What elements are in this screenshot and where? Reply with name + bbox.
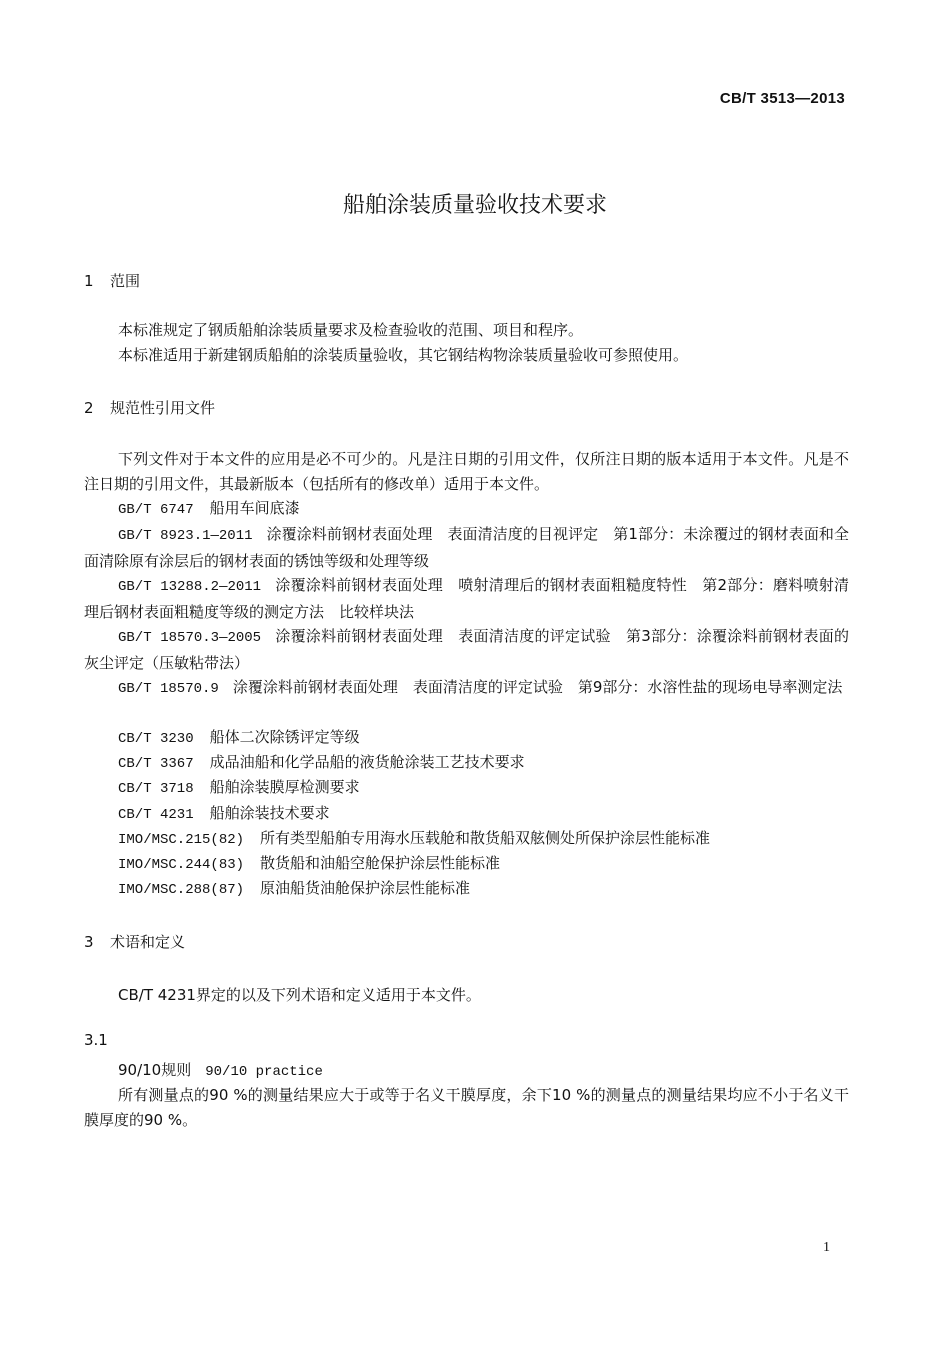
- page-number: 1: [823, 1240, 830, 1256]
- term-entry: 90/10规则90/10 practice: [118, 1058, 323, 1085]
- reference-item: GB/T 8923.1—2011涂覆涂料前钢材表面处理 表面清洁度的目视评定 第…: [84, 522, 849, 574]
- reference-title: 船体二次除锈评定等级: [210, 728, 360, 746]
- intro-paragraph: CB/T 4231界定的以及下列术语和定义适用于本文件。: [118, 983, 481, 1008]
- reference-item: IMO/MSC.244(83)散货船和油船空舱保护涂层性能标准: [118, 852, 500, 873]
- reference-item: GB/T 18570.9涂覆涂料前钢材表面处理 表面清洁度的评定试验 第9部分：…: [84, 675, 849, 702]
- reference-title: 船用车间底漆: [210, 499, 300, 517]
- reference-item: CB/T 3230船体二次除锈评定等级: [118, 726, 360, 747]
- reference-code: GB/T 18570.9: [118, 681, 219, 697]
- reference-code: CB/T 3230: [118, 731, 194, 747]
- section-number: 1: [84, 272, 110, 290]
- reference-code: CB/T 3367: [118, 756, 194, 772]
- term-chinese: 90/10规则: [118, 1061, 191, 1079]
- standard-number: CB/T 3513—2013: [720, 90, 845, 107]
- reference-code: CB/T 3718: [118, 781, 194, 797]
- subsection-number: 3.1: [84, 1031, 108, 1049]
- section-number: 2: [84, 399, 110, 417]
- reference-title: 成品油船和化学品船的液货舱涂装工艺技术要求: [210, 753, 525, 771]
- reference-title: 原油船货油舱保护涂层性能标准: [260, 879, 470, 897]
- section-title: 规范性引用文件: [110, 399, 215, 417]
- reference-item: CB/T 4231船舶涂装技术要求: [118, 802, 330, 823]
- reference-item: CB/T 3367成品油船和化学品船的液货舱涂装工艺技术要求: [118, 751, 525, 772]
- reference-item: GB/T 18570.3—2005涂覆涂料前钢材表面处理 表面清洁度的评定试验 …: [84, 624, 849, 676]
- reference-item: GB/T 13288.2—2011涂覆涂料前钢材表面处理 喷射清理后的钢材表面粗…: [84, 573, 849, 625]
- reference-code: CB/T 4231: [118, 807, 194, 823]
- reference-title: 散货船和油船空舱保护涂层性能标准: [260, 854, 500, 872]
- reference-item: GB/T 6747船用车间底漆: [118, 497, 300, 518]
- term-definition: 所有测量点的90 %的测量结果应大于或等于名义干膜厚度，余下10 %的测量点的测…: [84, 1083, 849, 1133]
- section-title: 术语和定义: [110, 933, 185, 951]
- reference-code: GB/T 8923.1—2011: [118, 528, 253, 544]
- reference-item: IMO/MSC.288(87)原油船货油舱保护涂层性能标准: [118, 877, 470, 898]
- section-3-heading: 3术语和定义: [84, 931, 185, 952]
- intro-paragraph: 下列文件对于本文件的应用是必不可少的。凡是注日期的引用文件，仅所注日期的版本适用…: [84, 447, 849, 497]
- reference-item: IMO/MSC.215(82)所有类型船舶专用海水压载舱和散货船双舷侧处所保护涂…: [118, 827, 710, 848]
- reference-code: IMO/MSC.244(83): [118, 857, 244, 873]
- reference-code: GB/T 13288.2—2011: [118, 579, 261, 595]
- section-1-heading: 1范围: [84, 270, 140, 291]
- document-title: 船舶涂装质量验收技术要求: [0, 188, 950, 219]
- term-english: 90/10 practice: [205, 1064, 323, 1080]
- reference-title: 涂覆涂料前钢材表面处理 表面清洁度的评定试验 第9部分：水溶性盐的现场电导率测定…: [233, 678, 843, 696]
- paragraph: 本标准适用于新建钢质船舶的涂装质量验收，其它钢结构物涂装质量验收可参照使用。: [118, 343, 688, 368]
- reference-code: GB/T 6747: [118, 502, 194, 518]
- reference-code: GB/T 18570.3—2005: [118, 630, 261, 646]
- section-title: 范围: [110, 272, 140, 290]
- reference-item: CB/T 3718船舶涂装膜厚检测要求: [118, 776, 360, 797]
- reference-code: IMO/MSC.288(87): [118, 882, 244, 898]
- paragraph: 本标准规定了钢质船舶涂装质量要求及检查验收的范围、项目和程序。: [118, 318, 583, 343]
- section-number: 3: [84, 933, 110, 951]
- reference-title: 船舶涂装膜厚检测要求: [210, 778, 360, 796]
- reference-title: 所有类型船舶专用海水压载舱和散货船双舷侧处所保护涂层性能标准: [260, 829, 710, 847]
- reference-title: 船舶涂装技术要求: [210, 804, 330, 822]
- reference-code: IMO/MSC.215(82): [118, 832, 244, 848]
- section-2-heading: 2规范性引用文件: [84, 397, 215, 418]
